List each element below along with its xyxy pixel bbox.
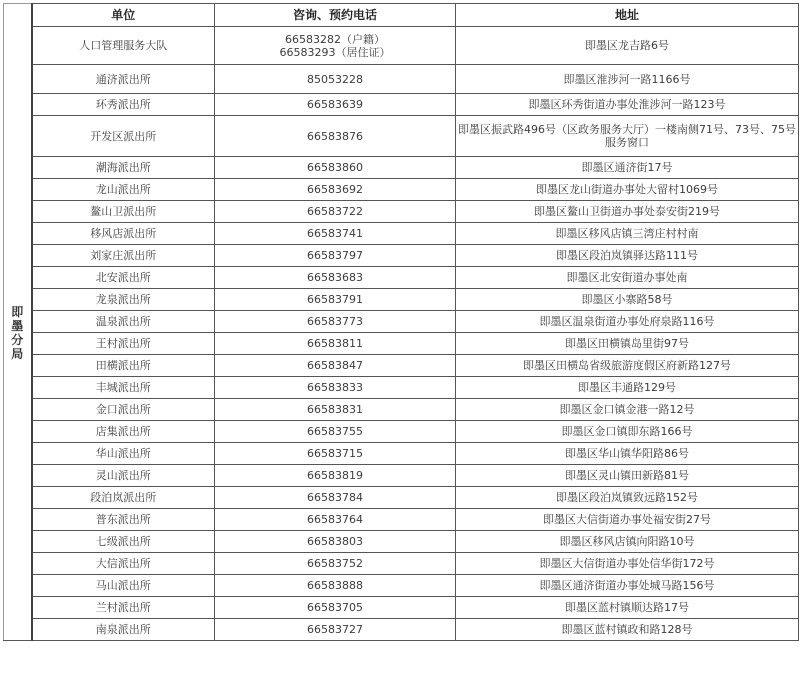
- phone-cell: 66583860: [215, 157, 456, 179]
- table-row: 龙山派出所 66583692 即墨区龙山街道办事处大留村1069号: [4, 179, 799, 201]
- address-cell: 即墨区金口镇即东路166号: [456, 421, 799, 443]
- phone-cell: 66583791: [215, 289, 456, 311]
- unit-cell: 移风店派出所: [32, 223, 215, 245]
- phone-number: 66583888: [215, 579, 455, 592]
- address-cell: 即墨区灵山镇田新路81号: [456, 465, 799, 487]
- address-cell: 即墨区丰通路129号: [456, 377, 799, 399]
- address-cell: 即墨区田横岛省级旅游度假区府新路127号: [456, 355, 799, 377]
- table-row: 鳌山卫派出所 66583722 即墨区鳌山卫街道办事处泰安街219号: [4, 201, 799, 223]
- unit-cell: 潮海派出所: [32, 157, 215, 179]
- phone-number: 66583741: [215, 227, 455, 240]
- address-cell: 即墨区移风店镇向阳路10号: [456, 531, 799, 553]
- unit-cell: 环秀派出所: [32, 94, 215, 116]
- police-station-directory: 单位 咨询、预约电话 地址 即墨分局 人口管理服务大队 66583282（户籍）…: [3, 3, 798, 684]
- phone-cell: 66583755: [215, 421, 456, 443]
- table-row: 环秀派出所 66583639 即墨区环秀街道办事处淮涉河一路123号: [4, 94, 799, 116]
- header-address: 地址: [456, 4, 799, 27]
- phone-cell: 66583847: [215, 355, 456, 377]
- directory-table: 单位 咨询、预约电话 地址 即墨分局 人口管理服务大队 66583282（户籍）…: [3, 3, 799, 641]
- header-unit: 单位: [32, 4, 215, 27]
- table-row: 开发区派出所 66583876 即墨区振武路496号（区政务服务大厅）一楼南侧7…: [4, 116, 799, 157]
- phone-cell: 66583876: [215, 116, 456, 157]
- phone-number: 66583811: [215, 337, 455, 350]
- table-row: 王村派出所 66583811 即墨区田横镇岛里街97号: [4, 333, 799, 355]
- address-cell: 即墨区通济街17号: [456, 157, 799, 179]
- phone-cell: 66583692: [215, 179, 456, 201]
- unit-cell: 店集派出所: [32, 421, 215, 443]
- address-cell: 即墨区大信街道办事处信华街172号: [456, 553, 799, 575]
- address-cell: 即墨区龙吉路6号: [456, 27, 799, 65]
- header-row: 单位 咨询、预约电话 地址: [4, 4, 799, 27]
- phone-cell: 66583819: [215, 465, 456, 487]
- phone-number: 66583876: [215, 130, 455, 143]
- unit-cell: 鳌山卫派出所: [32, 201, 215, 223]
- table-row: 潮海派出所 66583860 即墨区通济街17号: [4, 157, 799, 179]
- phone-number: 66583803: [215, 535, 455, 548]
- table-row: 通济派出所 85053228 即墨区淮涉河一路1166号: [4, 65, 799, 94]
- table-row: 普东派出所 66583764 即墨区大信街道办事处福安街27号: [4, 509, 799, 531]
- address-cell: 即墨区温泉街道办事处府泉路116号: [456, 311, 799, 333]
- table-row: 即墨分局 人口管理服务大队 66583282（户籍）66583293（居住证） …: [4, 27, 799, 65]
- address-cell: 即墨区龙山街道办事处大留村1069号: [456, 179, 799, 201]
- unit-cell: 王村派出所: [32, 333, 215, 355]
- table-row: 刘家庄派出所 66583797 即墨区段泊岚镇驿达路111号: [4, 245, 799, 267]
- address-cell: 即墨区田横镇岛里街97号: [456, 333, 799, 355]
- phone-cell: 66583727: [215, 619, 456, 641]
- phone-cell: 66583705: [215, 597, 456, 619]
- header-corner: [4, 4, 32, 27]
- address-cell: 即墨区鳌山卫街道办事处泰安街219号: [456, 201, 799, 223]
- address-cell: 即墨区蓝村镇政和路128号: [456, 619, 799, 641]
- phone-cell: 66583811: [215, 333, 456, 355]
- phone-cell: 85053228: [215, 65, 456, 94]
- phone-number: 66583282（户籍）: [215, 33, 455, 46]
- phone-number: 66583683: [215, 271, 455, 284]
- phone-number: 66583752: [215, 557, 455, 570]
- phone-cell: 66583683: [215, 267, 456, 289]
- phone-number: 66583764: [215, 513, 455, 526]
- unit-cell: 龙泉派出所: [32, 289, 215, 311]
- phone-cell: 66583722: [215, 201, 456, 223]
- unit-cell: 华山派出所: [32, 443, 215, 465]
- phone-cell: 66583773: [215, 311, 456, 333]
- table-row: 温泉派出所 66583773 即墨区温泉街道办事处府泉路116号: [4, 311, 799, 333]
- table-row: 田横派出所 66583847 即墨区田横岛省级旅游度假区府新路127号: [4, 355, 799, 377]
- phone-cell: 66583752: [215, 553, 456, 575]
- bureau-cell: 即墨分局: [4, 27, 32, 641]
- address-cell: 即墨区华山镇华阳路86号: [456, 443, 799, 465]
- address-cell: 即墨区北安街道办事处南: [456, 267, 799, 289]
- phone-cell: 66583764: [215, 509, 456, 531]
- unit-cell: 北安派出所: [32, 267, 215, 289]
- phone-number: 66583773: [215, 315, 455, 328]
- phone-number: 66583791: [215, 293, 455, 306]
- unit-cell: 段泊岚派出所: [32, 487, 215, 509]
- address-cell: 即墨区环秀街道办事处淮涉河一路123号: [456, 94, 799, 116]
- phone-cell: 66583715: [215, 443, 456, 465]
- address-cell: 即墨区段泊岚镇驿达路111号: [456, 245, 799, 267]
- phone-number: 66583860: [215, 161, 455, 174]
- phone-number: 66583833: [215, 381, 455, 394]
- address-cell: 即墨区通济街道办事处城马路156号: [456, 575, 799, 597]
- table-row: 移风店派出所 66583741 即墨区移风店镇三湾庄村村南: [4, 223, 799, 245]
- table-row: 店集派出所 66583755 即墨区金口镇即东路166号: [4, 421, 799, 443]
- unit-cell: 刘家庄派出所: [32, 245, 215, 267]
- unit-cell: 七级派出所: [32, 531, 215, 553]
- address-cell: 即墨区段泊岚镇致远路152号: [456, 487, 799, 509]
- phone-number: 66583755: [215, 425, 455, 438]
- phone-number: 66583639: [215, 98, 455, 111]
- phone-number: 66583727: [215, 623, 455, 636]
- table-row: 丰城派出所 66583833 即墨区丰通路129号: [4, 377, 799, 399]
- bureau-label: 即墨分局: [10, 305, 24, 361]
- unit-cell: 通济派出所: [32, 65, 215, 94]
- address-cell: 即墨区蓝村镇顺达路17号: [456, 597, 799, 619]
- phone-number: 66583705: [215, 601, 455, 614]
- phone-cell: 66583803: [215, 531, 456, 553]
- table-row: 华山派出所 66583715 即墨区华山镇华阳路86号: [4, 443, 799, 465]
- table-row: 马山派出所 66583888 即墨区通济街道办事处城马路156号: [4, 575, 799, 597]
- unit-cell: 田横派出所: [32, 355, 215, 377]
- table-row: 七级派出所 66583803 即墨区移风店镇向阳路10号: [4, 531, 799, 553]
- phone-number: 66583293（居住证）: [215, 46, 455, 59]
- phone-cell: 66583282（户籍）66583293（居住证）: [215, 27, 456, 65]
- phone-cell: 66583784: [215, 487, 456, 509]
- table-row: 灵山派出所 66583819 即墨区灵山镇田新路81号: [4, 465, 799, 487]
- phone-number: 66583847: [215, 359, 455, 372]
- unit-cell: 金口派出所: [32, 399, 215, 421]
- table-body: 即墨分局 人口管理服务大队 66583282（户籍）66583293（居住证） …: [4, 27, 799, 641]
- address-cell: 即墨区小寨路58号: [456, 289, 799, 311]
- address-cell: 即墨区移风店镇三湾庄村村南: [456, 223, 799, 245]
- address-cell: 即墨区振武路496号（区政务服务大厅）一楼南侧71号、73号、75号服务窗口: [456, 116, 799, 157]
- phone-cell: 66583888: [215, 575, 456, 597]
- unit-cell: 南泉派出所: [32, 619, 215, 641]
- address-cell: 即墨区金口镇金港一路12号: [456, 399, 799, 421]
- phone-cell: 66583741: [215, 223, 456, 245]
- phone-cell: 66583797: [215, 245, 456, 267]
- address-cell: 即墨区淮涉河一路1166号: [456, 65, 799, 94]
- unit-cell: 温泉派出所: [32, 311, 215, 333]
- table-row: 段泊岚派出所 66583784 即墨区段泊岚镇致远路152号: [4, 487, 799, 509]
- unit-cell: 灵山派出所: [32, 465, 215, 487]
- phone-number: 66583797: [215, 249, 455, 262]
- phone-cell: 66583639: [215, 94, 456, 116]
- unit-cell: 兰村派出所: [32, 597, 215, 619]
- table-row: 南泉派出所 66583727 即墨区蓝村镇政和路128号: [4, 619, 799, 641]
- unit-cell: 马山派出所: [32, 575, 215, 597]
- phone-number: 66583784: [215, 491, 455, 504]
- table-row: 大信派出所 66583752 即墨区大信街道办事处信华街172号: [4, 553, 799, 575]
- table-row: 北安派出所 66583683 即墨区北安街道办事处南: [4, 267, 799, 289]
- unit-cell: 龙山派出所: [32, 179, 215, 201]
- table-row: 龙泉派出所 66583791 即墨区小寨路58号: [4, 289, 799, 311]
- phone-cell: 66583833: [215, 377, 456, 399]
- phone-number: 66583692: [215, 183, 455, 196]
- unit-cell: 开发区派出所: [32, 116, 215, 157]
- header-phone: 咨询、预约电话: [215, 4, 456, 27]
- phone-number: 66583831: [215, 403, 455, 416]
- table-row: 金口派出所 66583831 即墨区金口镇金港一路12号: [4, 399, 799, 421]
- unit-cell: 普东派出所: [32, 509, 215, 531]
- phone-number: 66583715: [215, 447, 455, 460]
- address-cell: 即墨区大信街道办事处福安街27号: [456, 509, 799, 531]
- phone-cell: 66583831: [215, 399, 456, 421]
- phone-number: 85053228: [215, 73, 455, 86]
- phone-number: 66583819: [215, 469, 455, 482]
- unit-cell: 人口管理服务大队: [32, 27, 215, 65]
- table-row: 兰村派出所 66583705 即墨区蓝村镇顺达路17号: [4, 597, 799, 619]
- unit-cell: 丰城派出所: [32, 377, 215, 399]
- phone-number: 66583722: [215, 205, 455, 218]
- unit-cell: 大信派出所: [32, 553, 215, 575]
